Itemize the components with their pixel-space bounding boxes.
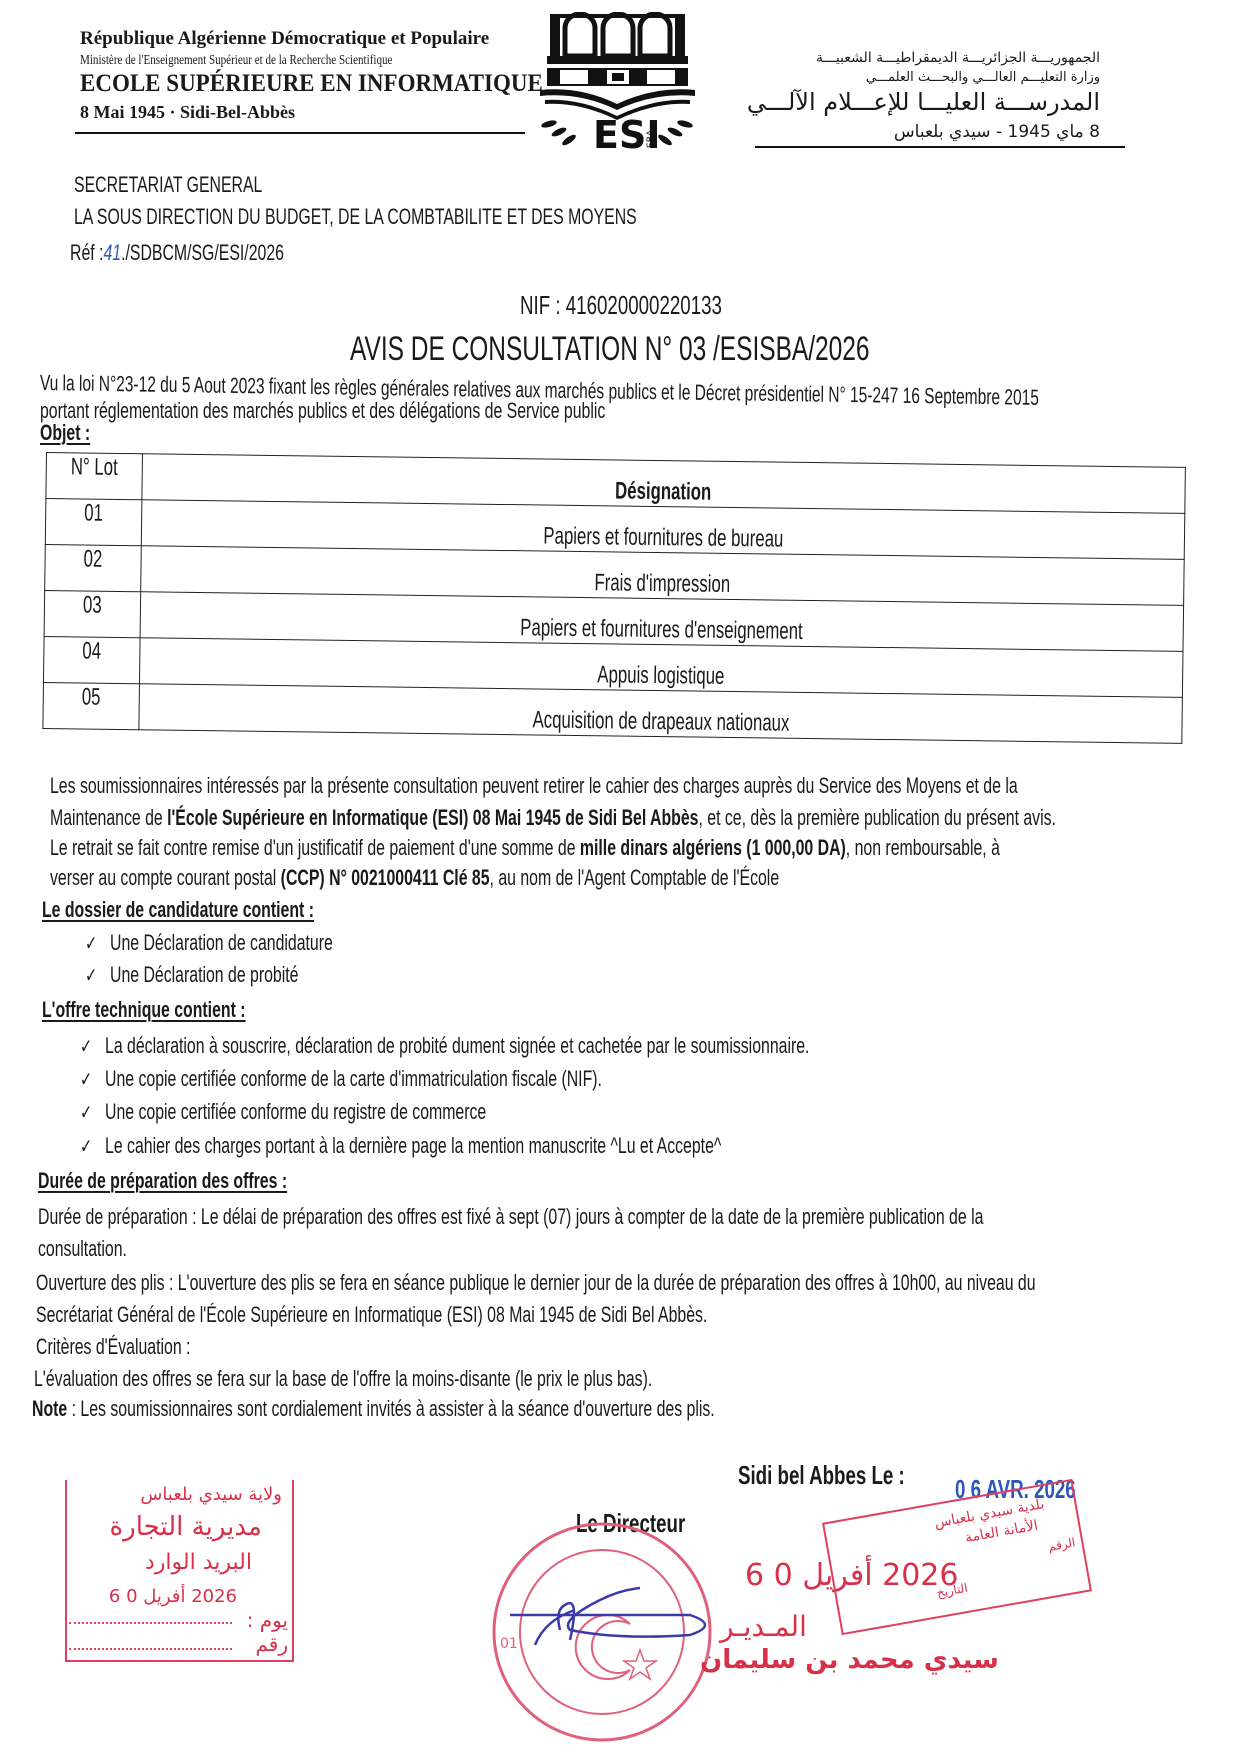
director-name-ar: سيدي محمد بن سليمان <box>700 1645 999 1675</box>
note-text: : Les soumissionnaires sont cordialement… <box>67 1396 715 1421</box>
header-right: الجمهوريـــة الجزائريـــة الديمقراطيـــة… <box>760 50 1100 150</box>
retrait-text: verser au compte courant postal <box>50 865 281 890</box>
offre-item: ✓Le cahier des charges portant à la dern… <box>80 1133 721 1159</box>
objet-label: Objet : <box>40 420 90 446</box>
checkmark-icon: ✓ <box>85 931 97 955</box>
lot-number: 04 <box>82 637 101 665</box>
retrait-line-1: Les soumissionnaires intéressés par la p… <box>50 773 1018 799</box>
note-line: Note : Les soumissionnaires sont cordial… <box>32 1396 715 1422</box>
duree-paragraph-1: Durée de préparation : Le délai de prépa… <box>38 1204 983 1230</box>
offre-item-text: Une copie certifiée conforme de la carte… <box>105 1066 602 1091</box>
criteres-label: Critères d'Évaluation : <box>36 1334 190 1360</box>
offre-heading: L'offre technique contient : <box>42 997 246 1023</box>
stamp-text: ولاية سيدي بلعباس <box>140 1484 282 1505</box>
commerce-stamp: ولاية سيدي بلعباس مديرية التجارة البريد … <box>65 1480 294 1662</box>
checkmark-icon: ✓ <box>80 1034 92 1058</box>
dotted-line <box>69 1622 232 1624</box>
official-seal-icon: 01 <box>490 1520 715 1745</box>
republic-name-ar: الجمهوريـــة الجزائريـــة الديمقراطيـــة… <box>816 50 1100 66</box>
retrait-text: , au nom de l'Agent Comptable de l'École <box>490 865 780 890</box>
ref-prefix: Réf : <box>70 240 103 265</box>
retrait-line-3: Le retrait se fait contre remise d'un ju… <box>50 835 1000 861</box>
school-name-fr: ECOLE SUPÉRIEURE EN INFORMATIQUE <box>80 70 543 98</box>
checkmark-icon: ✓ <box>85 963 97 987</box>
checkmark-icon: ✓ <box>80 1100 92 1124</box>
retrait-text: Maintenance de <box>50 805 167 830</box>
ouverture-paragraph: Ouverture des plis : L'ouverture des pli… <box>36 1270 1036 1296</box>
reference: Réf :41./SDBCM/SG/ESI/2026 <box>70 240 284 266</box>
checkmark-icon: ✓ <box>80 1134 92 1158</box>
ref-number: 41 <box>103 240 121 265</box>
ouverture-paragraph-b: Secrétariat Général de l'École Supérieur… <box>36 1302 707 1328</box>
ref-suffix: ./SDBCM/SG/ESI/2026 <box>121 240 284 265</box>
retrait-text: Le retrait se fait contre remise d'un ju… <box>50 835 580 860</box>
stamp-text: البريد الوارد <box>145 1550 252 1575</box>
school-address-fr: 8 Mai 1945 · Sidi-Bel-Abbès <box>80 102 295 123</box>
lot-number: 05 <box>82 683 101 711</box>
dossier-item: ✓Une Déclaration de candidature <box>85 930 333 956</box>
lot-designation: Papiers et fournitures d'enseignement <box>520 614 803 646</box>
stamp-date: 2026 أفريل 0 6 <box>109 1586 237 1607</box>
dossier-heading: Le dossier de candidature contient : <box>42 897 314 923</box>
stamp-date-label: التاريخ <box>936 1581 969 1600</box>
checkmark-icon: ✓ <box>80 1067 92 1091</box>
lot-number: 01 <box>84 500 103 528</box>
logo-subtext: SBA <box>646 129 656 148</box>
header-designation: Désignation <box>615 477 711 506</box>
dossier-item-text: Une Déclaration de probité <box>110 962 298 987</box>
duree-paragraph-1b: consultation. <box>38 1236 127 1262</box>
esi-logo-icon: ESI SBA <box>535 12 700 152</box>
retrait-text: , non remboursable, à <box>846 835 1000 860</box>
document-title: AVIS DE CONSULTATION N° 03 /ESISBA/2026 <box>350 330 870 369</box>
stamp-number-label: رقم <box>255 1632 288 1656</box>
header-lot: N° Lot <box>71 453 118 482</box>
fee-amount: mille dinars algériens (1 000,00 DA) <box>580 835 846 860</box>
stamp-number-label: الرقم <box>1047 1535 1076 1554</box>
lot-number: 02 <box>84 546 103 574</box>
school-name-bold: l'École Supérieure en Informatique (ESI)… <box>167 805 698 830</box>
lot-designation: Frais d'impression <box>594 569 730 599</box>
school-name-ar: المدرســـة العليـــا للإعـــلام الآلـــي <box>747 88 1100 116</box>
offre-item-text: La déclaration à souscrire, déclaration … <box>105 1033 809 1058</box>
sender-line-1: SECRETARIAT GENERAL <box>74 172 262 198</box>
note-label: Note <box>32 1396 67 1421</box>
offre-item: ✓La déclaration à souscrire, déclaration… <box>80 1033 809 1059</box>
lot-designation: Appuis logistique <box>597 661 724 691</box>
header-left: République Algérienne Démocratique et Po… <box>80 28 500 128</box>
retrait-text: , et ce, dès la première publication du … <box>698 805 1055 830</box>
school-address-ar: 8 ماي 1945 - سيدي بلعباس <box>894 122 1100 142</box>
lot-number: 03 <box>83 592 102 620</box>
lot-designation: Papiers et fournitures de bureau <box>543 523 783 554</box>
lots-table: N° Lot Désignation 01 Papiers et fournit… <box>42 452 1186 744</box>
republic-name-fr: République Algérienne Démocratique et Po… <box>80 28 489 50</box>
preamble-line-2: portant réglementation des marchés publi… <box>40 398 605 424</box>
seal-number: 01 <box>500 1636 518 1652</box>
lot-designation: Acquisition de drapeaux nationaux <box>532 706 789 737</box>
offre-item: ✓Une copie certifiée conforme de la cart… <box>80 1066 602 1092</box>
dossier-item: ✓Une Déclaration de probité <box>85 962 298 988</box>
offre-item-text: Une copie certifiée conforme du registre… <box>105 1099 486 1124</box>
retrait-line-2: Maintenance de l'École Supérieure en Inf… <box>50 805 1056 831</box>
sender-line-2: LA SOUS DIRECTION DU BUDGET, DE LA COMBT… <box>74 204 637 230</box>
ministry-name-fr: Ministère de l'Enseignement Supérieur et… <box>80 52 392 68</box>
dossier-item-text: Une Déclaration de candidature <box>110 930 333 955</box>
municipal-stamp: بلدية سيدي بلعباس الأمانة العامة الرقم ا… <box>822 1479 1092 1635</box>
evaluation-text: L'évaluation des offres se fera sur la b… <box>34 1366 652 1392</box>
header-rule-right <box>755 146 1125 148</box>
retrait-line-4: verser au compte courant postal (CCP) N°… <box>50 865 779 891</box>
offre-item-text: Le cahier des charges portant à la derni… <box>105 1133 721 1158</box>
place-date-label: Sidi bel Abbes Le : <box>738 1460 905 1491</box>
duree-heading: Durée de préparation des offres : <box>38 1168 287 1194</box>
ministry-name-ar: وزارة التعليـــم العالـــي والبحـــث الع… <box>866 70 1100 85</box>
director-title-ar: المـديـر <box>720 1610 807 1643</box>
nif: NIF : 416020000220133 <box>520 290 722 321</box>
stamp-text: مديرية التجارة <box>110 1512 262 1542</box>
offre-item: ✓Une copie certifiée conforme du registr… <box>80 1099 486 1125</box>
header-rule-left <box>75 132 525 134</box>
dotted-line <box>69 1648 232 1650</box>
ccp-account: (CCP) N° 0021000411 Clé 85 <box>281 865 490 890</box>
stamp-day-label: يوم : <box>247 1608 288 1632</box>
